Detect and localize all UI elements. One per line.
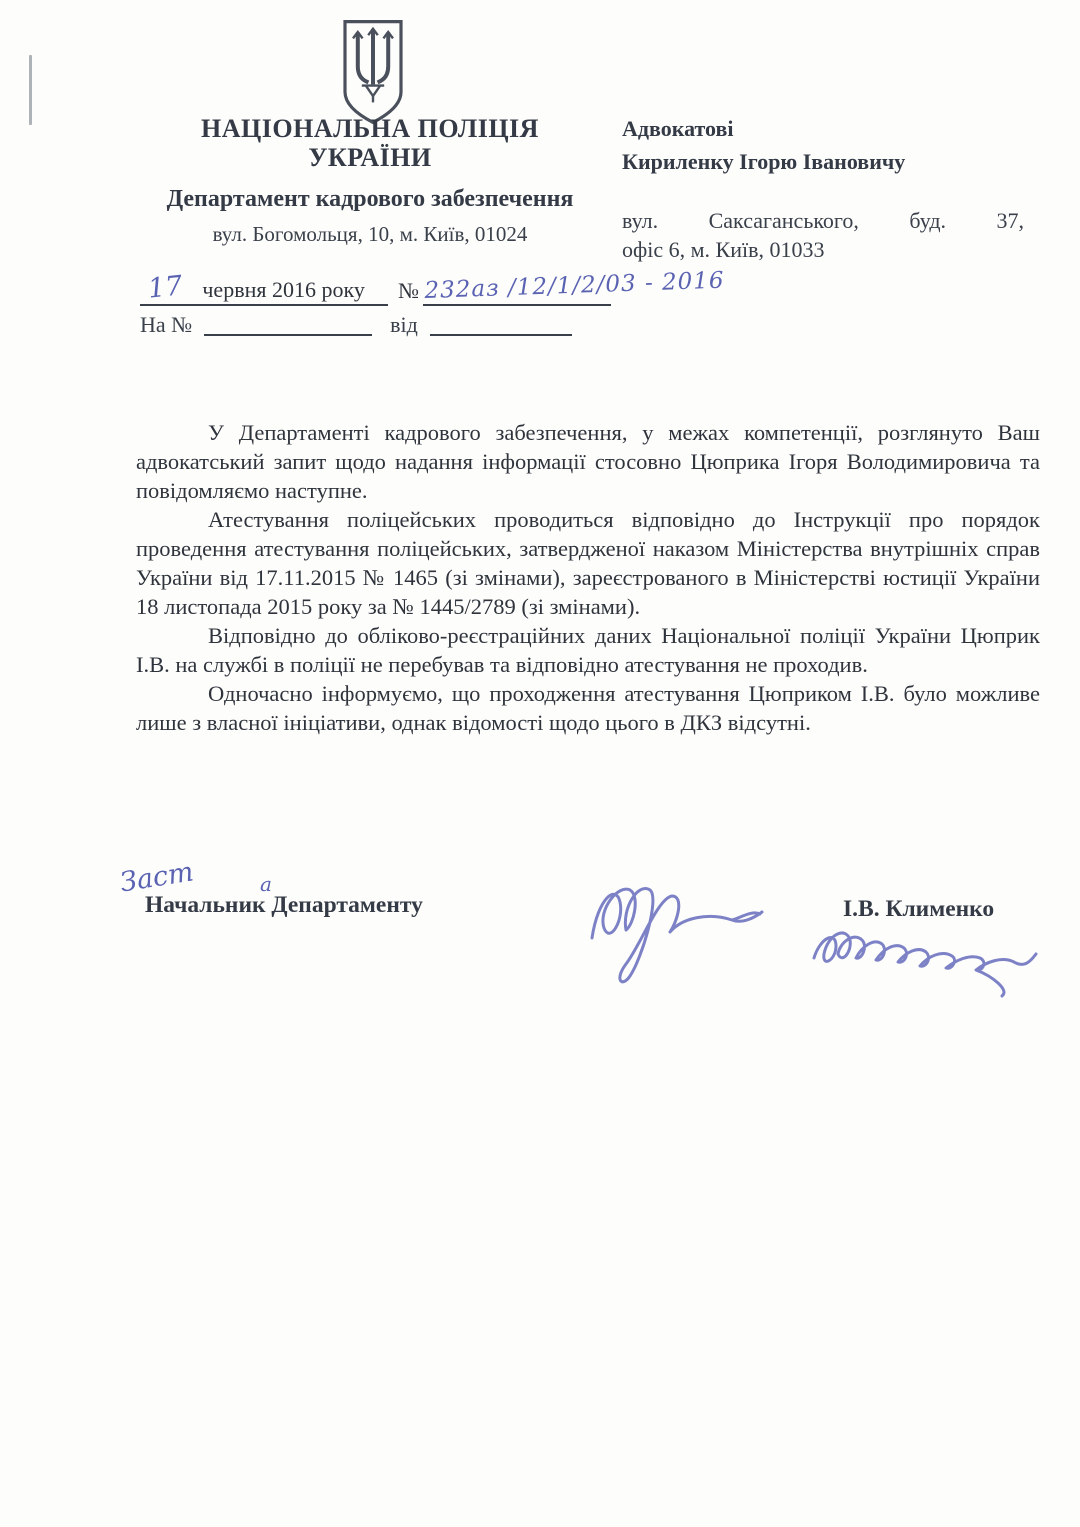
date-field: 17 червня 2016 року	[140, 272, 388, 306]
recipient-title: Адвокатові	[622, 112, 1024, 145]
reference-row-date: 17 червня 2016 року № 232аз /12/1/2/03 -…	[140, 272, 611, 306]
paragraph: У Департаменті кадрового забезпечення, у…	[136, 418, 1040, 505]
recipient-address-line2: офіс 6, м. Київ, 01033	[622, 235, 1024, 264]
paragraph: Відповідно до обліково-реєстраційних дан…	[136, 621, 1040, 679]
signer-position-title: Начальник Департаменту	[145, 892, 423, 919]
org-address: вул. Богомольця, 10, м. Київ, 01024	[150, 222, 590, 247]
signature-scribble-secondary	[806, 910, 1046, 1005]
recipient-block: Адвокатові Кириленку Ігорю Івановичу вул…	[622, 112, 1024, 264]
scan-artifact-line	[29, 55, 32, 125]
reply-number-blank	[204, 310, 372, 336]
signature-scribble-main	[582, 858, 777, 1003]
handwritten-day: 17	[146, 270, 183, 304]
department-name: Департамент кадрового забезпечення	[130, 186, 610, 213]
reference-row-reply: На № від	[140, 310, 572, 338]
reply-date-blank	[430, 310, 572, 336]
outgoing-number-field: 232аз /12/1/2/03 - 2016	[423, 274, 611, 306]
letter-page: НАЦІОНАЛЬНА ПОЛІЦІЯ УКРАЇНИ Департамент …	[0, 0, 1080, 1527]
na-no-label: На №	[140, 312, 192, 338]
ukraine-trident-emblem	[333, 18, 413, 126]
trident-icon	[333, 18, 413, 126]
recipient-address-line1: вул. Саксаганського, буд. 37,	[622, 206, 1024, 235]
number-sign: №	[398, 278, 419, 304]
org-name-line1: НАЦІОНАЛЬНА ПОЛІЦІЯ	[150, 114, 590, 143]
handwritten-number: 232аз /12/1/2/03 - 2016	[424, 268, 725, 304]
recipient-name: Кириленку Ігорю Івановичу	[622, 145, 1024, 178]
org-name-line2: УКРАЇНИ	[150, 143, 590, 172]
date-printed: червня 2016 року	[202, 277, 365, 303]
vid-label: від	[390, 312, 418, 338]
paragraph: Атестування поліцейських проводиться від…	[136, 505, 1040, 621]
letter-body: У Департаменті кадрового забезпечення, у…	[136, 418, 1040, 737]
paragraph: Одночасно інформуємо, що проходження ате…	[136, 679, 1040, 737]
org-name: НАЦІОНАЛЬНА ПОЛІЦІЯ УКРАЇНИ	[150, 114, 590, 172]
